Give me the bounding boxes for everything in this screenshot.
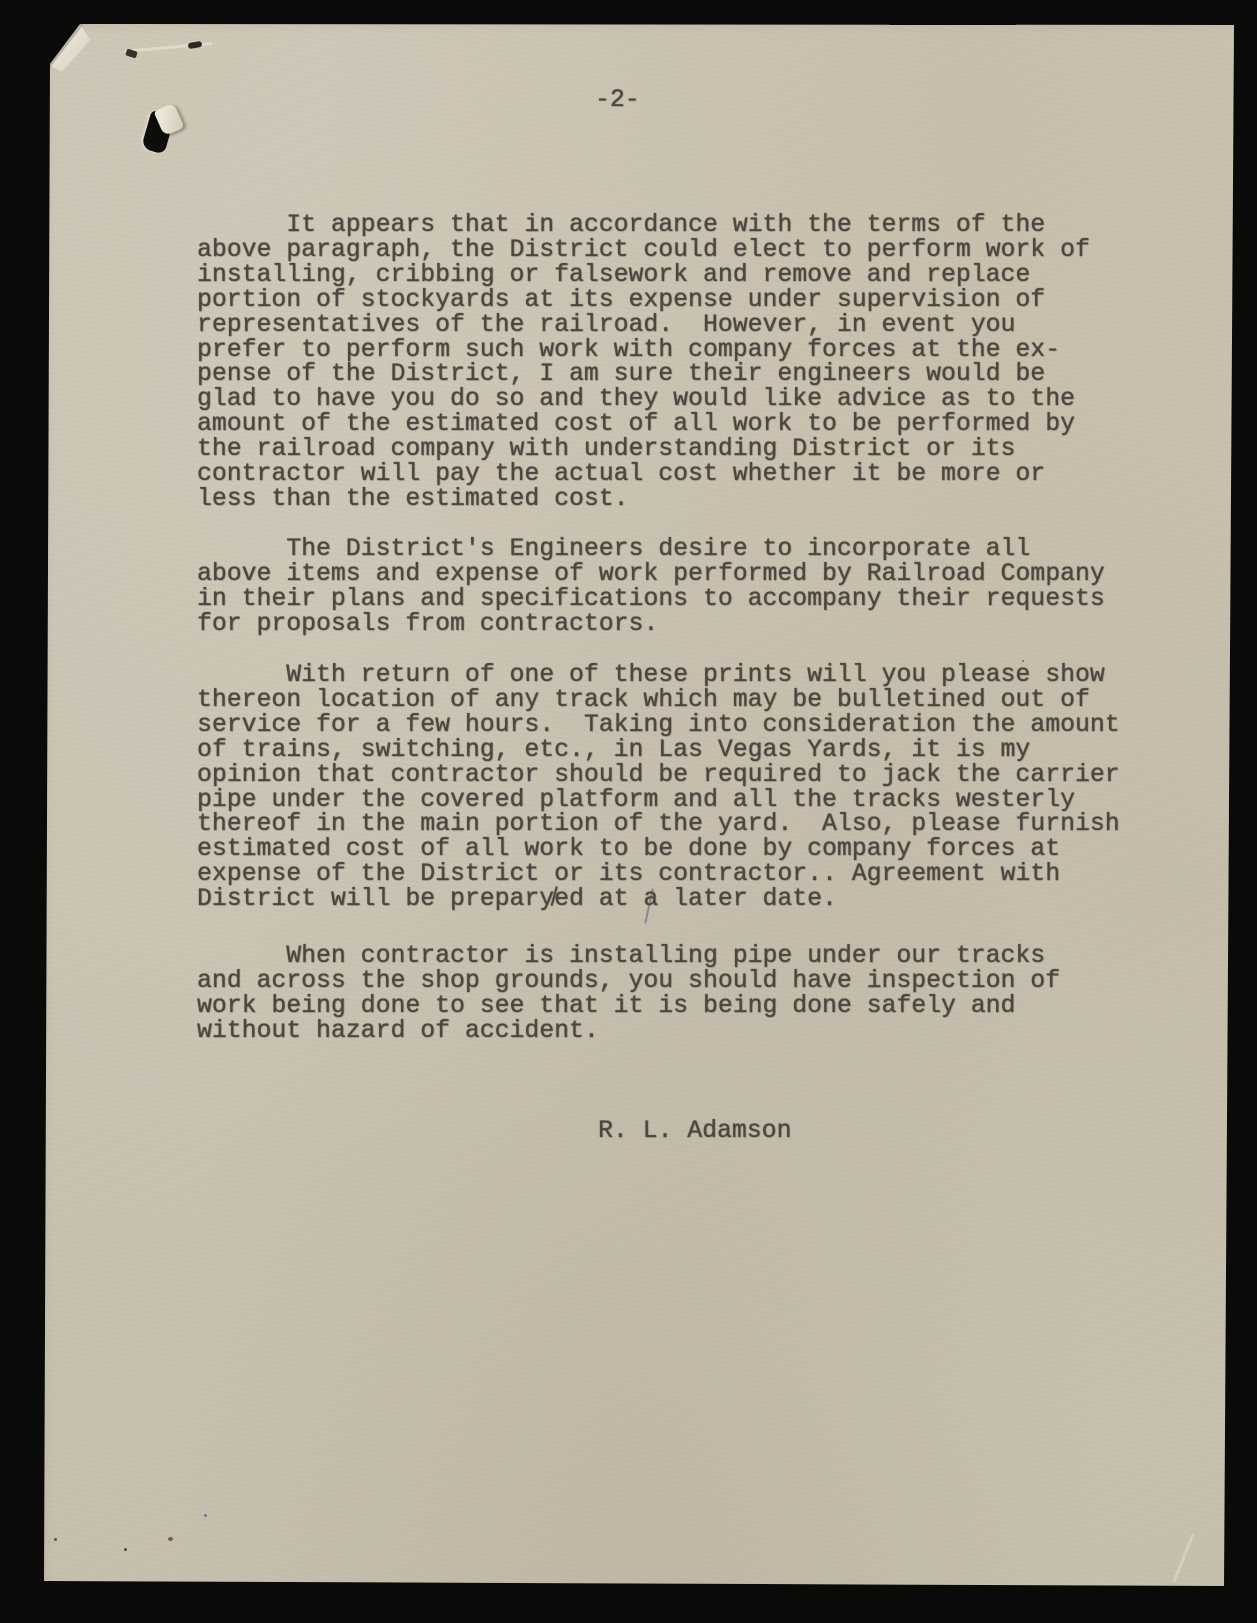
tear-hole-2: [188, 41, 203, 49]
letter-page: -2- It appears that in accordance with t…: [40, 20, 1240, 1592]
paragraph-2: The District's Engineers desire to incor…: [197, 537, 1105, 637]
page-number: -2-: [595, 88, 640, 113]
paragraph-3: With return of one of these prints will …: [197, 663, 1120, 912]
paper-speck: [54, 1538, 57, 1541]
paragraph-4: When contractor is installing pipe under…: [197, 944, 1060, 1044]
paper-speck: [124, 1548, 127, 1551]
bottom-right-crease-mark: [1172, 1533, 1194, 1582]
paper-speck: [204, 1514, 207, 1517]
folded-corner: [40, 20, 104, 84]
paper-speck: [168, 1537, 173, 1541]
scan-background: { "page": { "number_label": "-2-", "sign…: [0, 0, 1257, 1623]
paragraph-1: It appears that in accordance with the t…: [197, 213, 1090, 512]
signature-name: R. L. Adamson: [598, 1119, 791, 1144]
